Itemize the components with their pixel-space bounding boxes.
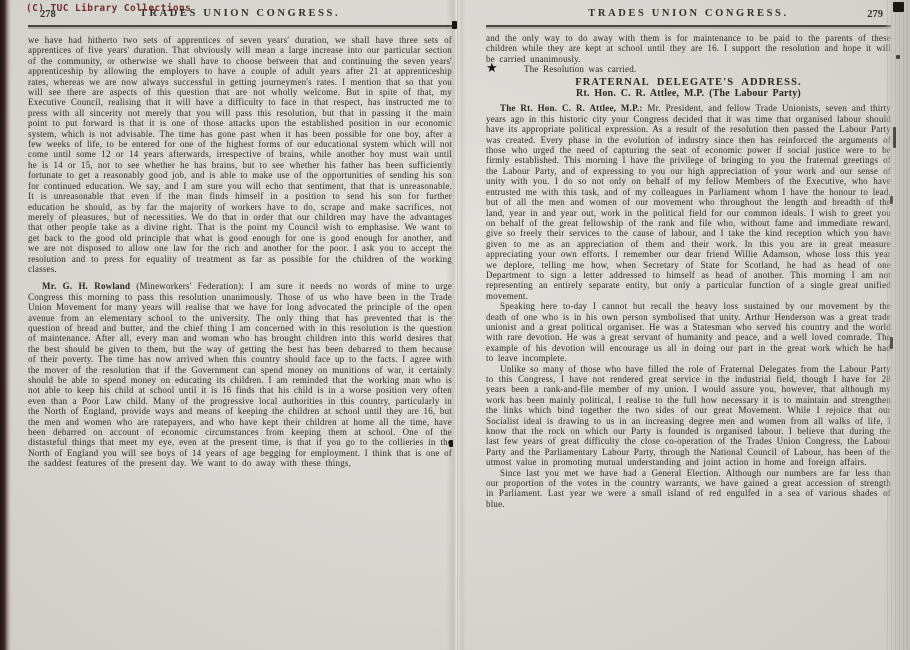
paragraph-attlee: The Rt. Hon. C. R. Attlee, M.P.: Mr. Pre…	[486, 103, 891, 301]
scan-speck	[890, 337, 893, 349]
paragraph-continuation: and the only way to do away with them is…	[486, 33, 891, 64]
header-rule-left	[28, 25, 452, 27]
star-icon: ★	[486, 62, 498, 75]
body-text-left: we have had hitherto two sets of apprent…	[28, 35, 452, 469]
page-number-right: 279	[867, 9, 883, 20]
page-edge-right	[884, 0, 910, 650]
section-heading: FRATERNAL DELEGATE'S ADDRESS.	[486, 78, 891, 88]
paragraph-continuation: we have had hitherto two sets of apprent…	[28, 35, 452, 274]
scan-speck	[893, 127, 896, 148]
scan-speck	[896, 55, 900, 59]
page-gutter-fold-line	[457, 0, 458, 650]
speaker-name: The Rt. Hon. C. R. Attlee, M.P.:	[500, 103, 647, 113]
paragraph-rowland: Mr. G. H. Rowland (Mineworkers' Federati…	[28, 281, 452, 468]
running-title-right: TRADES UNION CONGRESS.	[486, 8, 891, 19]
scan-speck	[452, 21, 457, 29]
section-subheading: Rt. Hon. C. R. Attlee, M.P. (The Labour …	[486, 89, 891, 99]
scan-speck	[890, 196, 893, 204]
page-gutter-shadow	[446, 0, 466, 650]
page-header-right: TRADES UNION CONGRESS. 279	[486, 8, 891, 23]
library-watermark: (C) TUC Library Collections	[26, 3, 191, 14]
scan-speck	[449, 440, 453, 447]
body-text-right: and the only way to do away with them is…	[486, 33, 891, 509]
paragraph: Speaking here to-day I cannot but recall…	[486, 301, 891, 363]
page-left: 278 TRADES UNION CONGRESS. we have had h…	[28, 8, 452, 469]
resolution-carried-line: ★The Resolution was carried.	[486, 64, 891, 74]
binding-edge-left	[0, 0, 11, 650]
paragraph: Since last you met we have had a General…	[486, 468, 891, 510]
page-right: TRADES UNION CONGRESS. 279 and the only …	[486, 8, 891, 509]
header-rule-right	[486, 25, 891, 27]
speaker-name: Mr. G. H. Rowland	[42, 281, 130, 291]
paragraph: Unlike so many of those who have filled …	[486, 364, 891, 468]
scan-speck	[893, 2, 904, 12]
